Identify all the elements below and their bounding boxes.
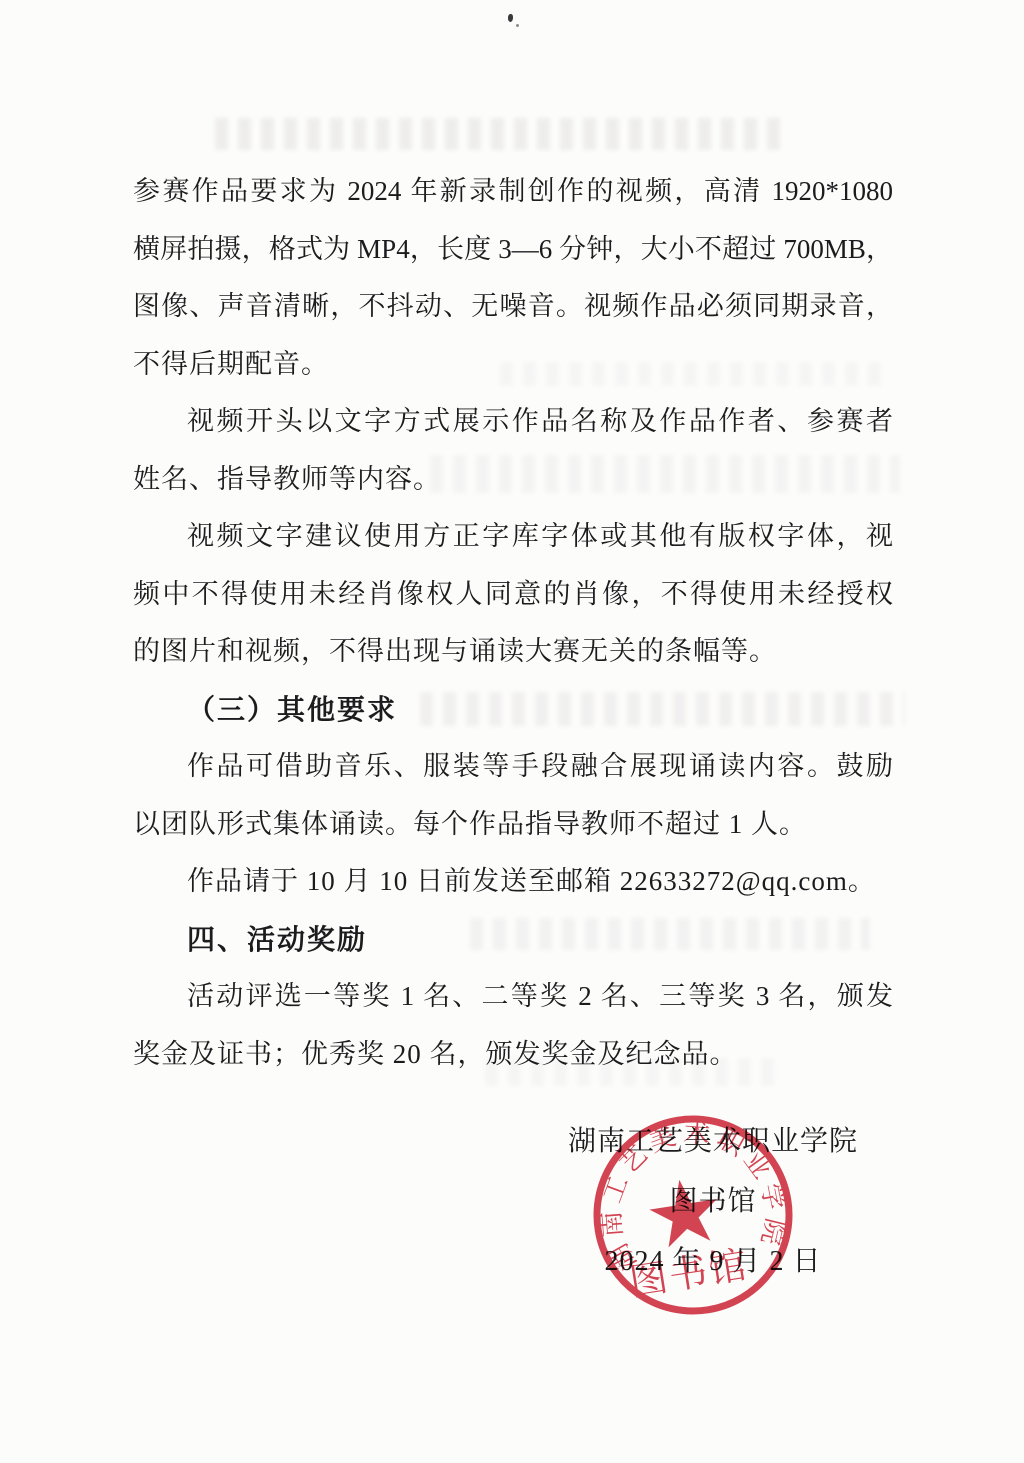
- body-line: 参赛作品要求为 2024 年新录制创作的视频，高清 1920*1080: [133, 163, 893, 221]
- body-line: 的图片和视频，不得出现与诵读大赛无关的条幅等。: [133, 623, 893, 681]
- body-line: 以团队形式集体诵读。每个作品指导教师不超过 1 人。: [133, 796, 893, 854]
- body-line: 作品请于 10 月 10 日前发送至邮箱 22633272@qq.com。: [133, 853, 893, 911]
- bleed-through-smudge: [215, 118, 790, 150]
- scanned-document-page: 参赛作品要求为 2024 年新录制创作的视频，高清 1920*1080 横屏拍摄…: [0, 0, 1024, 1463]
- signature-date: 2024 年 9 月 2 日: [563, 1232, 863, 1292]
- body-line: 图像、声音清晰，不抖动、无噪音。视频作品必须同期录音，: [133, 278, 893, 336]
- body-line: 姓名、指导教师等内容。: [133, 451, 893, 509]
- ink-dot: [508, 14, 513, 22]
- section-heading-activity-awards: 四、活动奖励: [133, 911, 893, 969]
- body-line: 不得后期配音。: [133, 336, 893, 394]
- body-line: 频中不得使用未经肖像权人同意的肖像，不得使用未经授权: [133, 566, 893, 624]
- body-line: 视频文字建议使用方正字库字体或其他有版权字体，视: [133, 508, 893, 566]
- signature-department: 图书馆: [563, 1172, 863, 1232]
- body-line: 横屏拍摄，格式为 MP4，长度 3—6 分钟，大小不超过 700MB，: [133, 221, 893, 279]
- signature-block: 湖南工艺美术职业学院 图书馆 2024 年 9 月 2 日: [563, 1112, 863, 1292]
- section-heading-other-requirements: （三）其他要求: [133, 681, 893, 739]
- body-line: 作品可借助音乐、服装等手段融合展现诵读内容。鼓励: [133, 738, 893, 796]
- body-line: 视频开头以文字方式展示作品名称及作品作者、参赛者: [133, 393, 893, 451]
- signature-organization: 湖南工艺美术职业学院: [563, 1112, 863, 1172]
- body-line: 活动评选一等奖 1 名、二等奖 2 名、三等奖 3 名，颁发: [133, 968, 893, 1026]
- document-body: 参赛作品要求为 2024 年新录制创作的视频，高清 1920*1080 横屏拍摄…: [133, 163, 893, 1083]
- body-line: 奖金及证书；优秀奖 20 名，颁发奖金及纪念品。: [133, 1026, 893, 1084]
